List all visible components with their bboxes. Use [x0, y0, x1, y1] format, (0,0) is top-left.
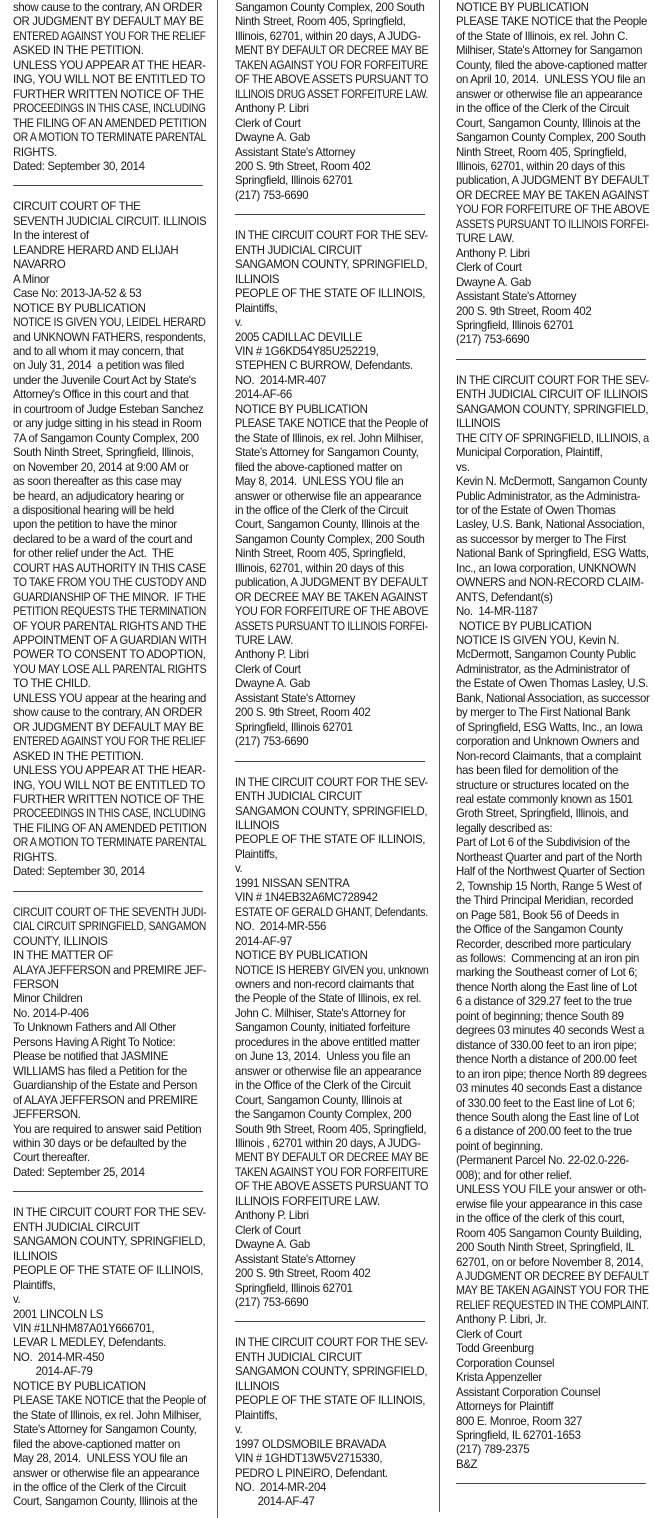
- notice-text-line: of ALAYA JEFFERSON and PREMIRE: [13, 1094, 206, 1108]
- notice-text-line: Illinois, 62701, within 20 days of this: [456, 160, 649, 174]
- notice-text-line: IN THE CIRCUIT COURT FOR THE SEV-: [235, 229, 420, 243]
- notice-text-line: APPOINTMENT OF A GUARDIAN WITH: [13, 634, 203, 648]
- notice-text-line: Court thereafter.: [13, 1151, 206, 1165]
- notice-text-line: OR JUDGMENT BY DEFAULT MAY BE: [13, 15, 206, 29]
- column-1: show cause to the contrary, AN ORDEROR J…: [13, 1, 209, 1510]
- notice-text-line: Anthony P. Libri: [456, 247, 649, 261]
- notice-text-line: NO. 2014-MR-556: [235, 920, 428, 934]
- notice-text-line: Springfield, Illinois 62701: [235, 1282, 428, 1296]
- notice-text-line: Northeast Quarter and part of the North: [456, 851, 649, 865]
- notice-text-line: ILLINOIS: [235, 273, 428, 287]
- notice-text-line: LEANDRE HERARD AND ELIJAH: [13, 244, 206, 258]
- notice-text-line: PEOPLE OF THE STATE OF ILLINOIS,: [235, 1394, 428, 1408]
- notice-text-line: PEDRO L PINEIRO, Defendant.: [235, 1467, 428, 1481]
- notice-text-line: MENT BY DEFAULT OR DECREE MAY BE: [235, 44, 413, 58]
- notice-text-line: NOTICE IS GIVEN YOU, Kevin N.: [456, 634, 649, 648]
- notice-text-line: Administrator, as the Administrator of: [456, 663, 649, 677]
- notice-text-line: Lasley, U.S. Bank, National Association,: [456, 518, 649, 532]
- notice-text-line: Dated: September 30, 2014: [13, 865, 206, 879]
- notice-text-line: FERSON: [13, 978, 206, 992]
- notice-text-line: Assistant State's Attorney: [235, 1253, 428, 1267]
- notice-text-line: MAY BE TAKEN AGAINST YOU FOR THE: [456, 1284, 638, 1298]
- notice-text-line: VIN # 1N4EB32A6MC728942: [235, 891, 428, 905]
- notice-text-line: SEVENTH JUDICIAL CIRCUIT. ILLINOIS: [13, 215, 202, 229]
- notice-separator: [13, 185, 203, 186]
- notice-text-line: Court, Sangamon County, Illinois at the: [13, 1495, 206, 1509]
- notice-text-line: ANTS, Defendant(s): [456, 591, 649, 605]
- notice-text-line: YOU FOR FORFEITURE OF THE ABOVE: [235, 605, 418, 619]
- notice-text-line: under the Juvenile Court Act by State's: [13, 374, 206, 388]
- legal-notice: CIRCUIT COURT OF THE SEVENTH JUDI-CIAL C…: [13, 906, 209, 1181]
- notice-text-line: (217) 753-6690: [456, 333, 649, 347]
- notice-separator: [235, 214, 425, 215]
- notice-text-line: THE FILING OF AN AMENDED PETITION: [13, 117, 196, 131]
- notice-text-line: NOTICE IS GIVEN YOU, LEIDEL HERARD: [13, 316, 191, 330]
- notice-text-line: on November 20, 2014 at 9:00 AM or: [13, 461, 206, 475]
- notice-text-line: 1997 OLDSMOBILE BRAVADA: [235, 1438, 428, 1452]
- notice-text-line: marking the Southeast corner of Lot 6;: [456, 966, 649, 980]
- column-divider-1: [217, 0, 218, 1518]
- notice-text-line: Non-record Claimants, that a complaint: [456, 750, 649, 764]
- notice-text-line: VIN # 1GHDT13W5V2715330,: [235, 1452, 428, 1466]
- notice-text-line: 7A of Sangamon County Complex, 200: [13, 432, 206, 446]
- notice-text-line: 6 a distance of 329.27 feet to the true: [456, 995, 649, 1009]
- notice-text-line: Plaintiffs,: [13, 1279, 206, 1293]
- notice-text-line: Clerk of Court: [235, 663, 428, 677]
- notice-text-line: (217) 753-6690: [235, 735, 428, 749]
- notice-text-line: upon the petition to have the minor: [13, 518, 206, 532]
- notice-text-line: THE CITY OF SPRINGFIELD, ILLINOIS, a: [456, 432, 639, 446]
- notice-text-line: LEVAR L MEDLEY, Defendants.: [13, 1336, 206, 1350]
- notice-text-line: Dwayne A. Gab: [235, 131, 428, 145]
- notice-text-line: Court, Sangamon County, Illinois at: [235, 1094, 428, 1108]
- notice-text-line: 6 a distance of 200.00 feet to the true: [456, 1125, 649, 1139]
- notice-text-line: Plaintiffs,: [235, 848, 428, 862]
- notice-text-line: Half of the Northwest Quarter of Section: [456, 865, 649, 879]
- notice-text-line: ASKED IN THE PETITION.: [13, 44, 206, 58]
- notice-text-line: publication, A JUDGMENT BY DEFAULT: [235, 576, 427, 590]
- notice-text-line: Sangamon County Complex, 200 South: [456, 131, 649, 145]
- notice-text-line: TURE LAW.: [456, 232, 649, 246]
- notice-text-line: as follows: Commencing at an iron pin: [456, 952, 649, 966]
- notice-text-line: State's Attorney for Sangamon County,: [13, 1423, 206, 1437]
- notice-text-line: Minor Children: [13, 992, 206, 1006]
- notice-text-line: In the interest of: [13, 229, 206, 243]
- notice-text-line: declared to be a ward of the court and: [13, 533, 206, 547]
- notice-text-line: 800 E. Monroe, Room 327: [456, 1415, 649, 1429]
- notice-text-line: ASSETS PURSUANT TO ILLINOIS FORFEI-: [235, 620, 407, 634]
- notice-text-line: Room 405 Sangamon County Building,: [456, 1227, 649, 1241]
- notice-text-line: in the office of the Clerk of the Circui…: [235, 504, 428, 518]
- column-3: NOTICE BY PUBLICATIONPLEASE TAKE NOTICE …: [456, 1, 652, 1498]
- notice-text-line: To Unknown Fathers and All Other: [13, 1021, 206, 1035]
- notice-text-line: as successor by merger to The First: [456, 533, 649, 547]
- notice-text-line: B&Z: [456, 1458, 649, 1472]
- legal-notice: CIRCUIT COURT OF THESEVENTH JUDICIAL CIR…: [13, 200, 209, 879]
- notice-text-line: Anthony P. Libri: [235, 648, 428, 662]
- notice-text-line: You are required to answer said Petition: [13, 1123, 206, 1137]
- notice-text-line: A JUDGMENT OR DECREE BY DEFAULT: [456, 1270, 637, 1284]
- notice-text-line: thence North along the East line of Lot: [456, 981, 649, 995]
- notice-text-line: RIGHTS.: [13, 851, 206, 865]
- notice-text-line: Clerk of Court: [235, 1224, 428, 1238]
- notice-text-line: UNLESS YOU FILE your answer or oth-: [456, 1183, 649, 1197]
- notice-text-line: 2014-AF-79: [13, 1365, 206, 1379]
- notice-text-line: Plaintiffs,: [235, 1409, 428, 1423]
- notice-text-line: Bank, National Association, as successor: [456, 692, 648, 706]
- notice-text-line: CIRCUIT COURT OF THE SEVENTH JUDI-: [13, 906, 189, 920]
- notice-text-line: OWNERS and NON-RECORD CLAIM-: [456, 576, 649, 590]
- notice-text-line: of 330.00 feet to the East line of Lot 6…: [456, 1097, 649, 1111]
- notice-text-line: answer or otherwise file an appearance: [235, 1065, 428, 1079]
- notice-text-line: on Page 581, Book 56 of Deeds in: [456, 909, 649, 923]
- notice-separator: [235, 761, 425, 762]
- notice-text-line: within 30 days or be defaulted by the: [13, 1137, 206, 1151]
- notice-text-line: of the State of Illinois, ex rel. John C…: [456, 30, 649, 44]
- notice-text-line: show cause to the contrary, AN ORDER: [13, 706, 206, 720]
- legal-notice: NOTICE BY PUBLICATIONPLEASE TAKE NOTICE …: [456, 1, 652, 348]
- notice-text-line: the Office of the Sangamon County: [456, 923, 649, 937]
- notice-text-line: UNLESS YOU APPEAR AT THE HEAR-: [13, 764, 206, 778]
- notice-text-line: SANGAMON COUNTY, SPRINGFIELD,: [456, 403, 649, 417]
- notice-text-line: Sangamon County Complex, 200 South: [235, 1, 428, 15]
- notice-text-line: ILLINOIS: [456, 417, 649, 431]
- legal-notice: IN THE CIRCUIT COURT FOR THE SEV-ENTH JU…: [235, 229, 431, 749]
- notice-text-line: distance of 330.00 feet to an iron pipe;: [456, 1039, 649, 1053]
- notice-text-line: the People of the State of Illinois, ex …: [235, 992, 428, 1006]
- legal-notice: Sangamon County Complex, 200 SouthNinth …: [235, 1, 431, 203]
- notice-text-line: IN THE CIRCUIT COURT FOR THE SEV-: [235, 1336, 420, 1350]
- legal-notice: IN THE CIRCUIT COURT FOR THE SEV-ENTH JU…: [235, 1336, 431, 1509]
- notice-text-line: No. 2014-P-406: [13, 1007, 206, 1021]
- notice-text-line: Springfield, IL 62701-1653: [456, 1429, 649, 1443]
- notice-text-line: NOTICE BY PUBLICATION: [456, 1, 649, 15]
- notice-text-line: GUARDIANSHIP OF THE MINOR. IF THE: [13, 591, 193, 605]
- notice-text-line: Ninth Street, Room 405, Springfield,: [235, 547, 428, 561]
- notice-text-line: or any judge sitting in his stead in Roo…: [13, 417, 206, 431]
- notice-text-line: Court, Sangamon County, Illinois at the: [235, 518, 428, 532]
- notice-text-line: 200 S. 9th Street, Room 402: [456, 305, 649, 319]
- notice-text-line: VIN # 1G6KD54Y85U252219,: [235, 345, 428, 359]
- notice-text-line: NOTICE BY PUBLICATION: [13, 302, 206, 316]
- notice-text-line: A Minor: [13, 273, 206, 287]
- notice-text-line: ENTH JUDICIAL CIRCUIT OF ILLINOIS: [456, 388, 649, 402]
- notice-text-line: the State of Illinois, ex rel. John Milh…: [235, 432, 428, 446]
- notice-text-line: for other relief under the Act. THE: [13, 547, 206, 561]
- notice-text-line: SANGAMON COUNTY, SPRINGFIELD,: [13, 1235, 206, 1249]
- notice-text-line: procedures in the above entitled matter: [235, 1036, 428, 1050]
- notice-text-line: STEPHEN C BURROW, Defendants.: [235, 359, 428, 373]
- notice-text-line: IN THE CIRCUIT COURT FOR THE SEV-: [235, 776, 420, 790]
- notice-text-line: 200 South Ninth Street, Springfield, IL: [456, 1241, 649, 1255]
- notice-text-line: ILLINOIS: [235, 1380, 428, 1394]
- notice-text-line: the Third Principal Meridian, recorded: [456, 894, 649, 908]
- notice-text-line: COUNTY, ILLINOIS: [13, 935, 206, 949]
- notice-text-line: ILLINOIS: [13, 1250, 206, 1264]
- notice-text-line: ENTH JUDICIAL CIRCUIT: [235, 790, 428, 804]
- notice-text-line: RIGHTS.: [13, 146, 206, 160]
- notice-text-line: SANGAMON COUNTY, SPRINGFIELD,: [235, 1365, 428, 1379]
- notice-text-line: thence North a distance of 200.00 feet: [456, 1053, 649, 1067]
- notice-text-line: structure or structures located on the: [456, 779, 649, 793]
- notice-text-line: Krista Appenzeller: [456, 1371, 649, 1385]
- notice-text-line: filed the above-captioned matter on: [13, 1438, 206, 1452]
- notice-text-line: OF THE ABOVE ASSETS PURSUANT TO: [235, 73, 417, 87]
- notice-text-line: Springfield, Illinois 62701: [235, 174, 428, 188]
- notice-text-line: (217) 789-2375: [456, 1443, 649, 1457]
- notice-text-line: NOTICE BY PUBLICATION: [235, 403, 428, 417]
- notice-text-line: PLEASE TAKE NOTICE that the People of: [13, 1394, 197, 1408]
- notice-text-line: IN THE CIRCUIT COURT FOR THE SEV-: [456, 374, 641, 388]
- notice-text-line: South 9th Street, Room 405, Springfield,: [235, 1123, 428, 1137]
- notice-text-line: the Sangamon County Complex, 200: [235, 1108, 428, 1122]
- notice-text-line: 2005 CADILLAC DEVILLE: [235, 331, 428, 345]
- notice-text-line: NOTICE BY PUBLICATION: [235, 949, 428, 963]
- notice-text-line: 008); and for other relief.: [456, 1169, 649, 1183]
- notice-text-line: and to all whom it may concern, that: [13, 345, 206, 359]
- legal-notice: show cause to the contrary, AN ORDEROR J…: [13, 1, 209, 174]
- legal-notice: IN THE CIRCUIT COURT FOR THE SEV-ENTH JU…: [13, 1206, 209, 1510]
- notice-text-line: in the Office of the Clerk of the Circui…: [235, 1079, 428, 1093]
- notice-text-line: Please be notified that JASMINE: [13, 1050, 206, 1064]
- notice-text-line: NO. 2014-MR-204: [235, 1481, 428, 1495]
- legal-notices-page: show cause to the contrary, AN ORDEROR J…: [0, 0, 655, 1518]
- notice-text-line: Persons Having A Right To Notice:: [13, 1036, 206, 1050]
- notice-text-line: ING, YOU WILL NOT BE ENTITLED TO: [13, 779, 206, 793]
- notice-text-line: PEOPLE OF THE STATE OF ILLINOIS,: [13, 1264, 206, 1278]
- notice-text-line: on June 13, 2014. Unless you file an: [235, 1050, 428, 1064]
- notice-text-line: Anthony P. Libri, Jr.: [456, 1313, 649, 1327]
- notice-text-line: Dated: September 25, 2014: [13, 1166, 206, 1180]
- notice-text-line: a dispositional hearing will be held: [13, 504, 206, 518]
- notice-text-line: Plaintiffs,: [235, 302, 428, 316]
- notice-text-line: ASSETS PURSUANT TO ILLINOIS FORFEI-: [456, 218, 628, 232]
- notice-text-line: Dwayne A. Gab: [456, 276, 649, 290]
- notice-text-line: Attorneys for Plaintiff: [456, 1400, 649, 1414]
- notice-text-line: Assistant State's Attorney: [235, 692, 428, 706]
- notice-text-line: real estate commonly known as 1501: [456, 793, 649, 807]
- notice-text-line: No. 14-MR-1187: [456, 605, 649, 619]
- notice-text-line: ILLINOIS DRUG ASSET FORFEITURE LAW.: [235, 88, 406, 102]
- notice-text-line: erwise file your appearance in this case: [456, 1198, 649, 1212]
- notice-text-line: ASKED IN THE PETITION.: [13, 750, 206, 764]
- notice-text-line: TAKEN AGAINST YOU FOR FORFEITURE: [235, 1166, 413, 1180]
- notice-text-line: v.: [235, 862, 428, 876]
- notice-text-line: (217) 753-6690: [235, 189, 428, 203]
- notice-text-line: in the office of the clerk of this court…: [456, 1212, 649, 1226]
- notice-text-line: 03 minutes 40 seconds East a distance: [456, 1082, 649, 1096]
- notice-text-line: ALAYA JEFFERSON and PREMIRE JEF-: [13, 964, 200, 978]
- notice-text-line: OF YOUR PARENTAL RIGHTS AND THE: [13, 620, 198, 634]
- notice-text-line: v.: [235, 1423, 428, 1437]
- notice-text-line: NO. 2014-MR-450: [13, 1351, 206, 1365]
- notice-text-line: Recorder, described more particulary: [456, 938, 649, 952]
- notice-text-line: 200 S. 9th Street, Room 402: [235, 1267, 428, 1281]
- notice-text-line: Illinois , 62701 within 20 days, A JUDG-: [235, 1137, 428, 1151]
- notice-text-line: PROCEEDINGS IN THIS CASE, INCLUDING: [13, 102, 183, 116]
- notice-text-line: Ninth Street, Room 405, Springfield,: [456, 146, 649, 160]
- notice-text-line: ENTERED AGAINST YOU FOR THE RELIEF: [13, 735, 183, 749]
- notice-text-line: (217) 753-6690: [235, 1296, 428, 1310]
- notice-text-line: Part of Lot 6 of the Subdivision of the: [456, 836, 649, 850]
- notice-text-line: the State of Illinois, ex rel. John Milh…: [13, 1409, 206, 1423]
- notice-text-line: NOTICE BY PUBLICATION: [13, 1380, 206, 1394]
- notice-text-line: PETITION REQUESTS THE TERMINATION: [13, 605, 187, 619]
- notice-text-line: OF THE ABOVE ASSETS PURSUANT TO: [235, 1180, 417, 1194]
- notice-text-line: UNLESS YOU APPEAR AT THE HEAR-: [13, 59, 206, 73]
- notice-text-line: Municipal Corporation, Plaintiff,: [456, 446, 649, 460]
- notice-text-line: Anthony P. Libri: [235, 102, 428, 116]
- notice-text-line: CIRCUIT COURT OF THE: [13, 200, 206, 214]
- notice-text-line: ENTH JUDICIAL CIRCUIT: [13, 1221, 206, 1235]
- notice-text-line: OR A MOTION TO TERMINATE PARENTAL: [13, 131, 188, 145]
- notice-text-line: Inc., an Iowa corporation, UNKNOWN: [456, 562, 649, 576]
- notice-text-line: State's Attorney for Sangamon County,: [235, 446, 428, 460]
- notice-text-line: South Ninth Street, Springfield, Illinoi…: [13, 446, 206, 460]
- notice-text-line: John C. Milhiser, State's Attorney for: [235, 1007, 428, 1021]
- notice-text-line: Corporation Counsel: [456, 1357, 649, 1371]
- notice-text-line: COURT HAS AUTHORITY IN THIS CASE: [13, 562, 197, 576]
- notice-separator: [13, 1191, 203, 1192]
- notice-text-line: 2014-AF-47: [235, 1495, 428, 1509]
- notice-text-line: be heard, an adjudicatory hearing or: [13, 490, 206, 504]
- notice-text-line: SANGAMON COUNTY, SPRINGFIELD,: [235, 258, 428, 272]
- notice-text-line: Dwayne A. Gab: [235, 1238, 428, 1252]
- notice-text-line: National Bank of Springfield, ESG Watts,: [456, 547, 649, 561]
- notice-text-line: (Permanent Parcel No. 22-02.0-226-: [456, 1154, 649, 1168]
- notice-text-line: in the office of the Clerk of the Circui…: [13, 1481, 206, 1495]
- notice-text-line: Todd Greenburg: [456, 1342, 649, 1356]
- notice-text-line: ING, YOU WILL NOT BE ENTITLED TO: [13, 73, 206, 87]
- notice-text-line: PROCEEDINGS IN THIS CASE, INCLUDING: [13, 807, 183, 821]
- notice-text-line: 2014-AF-97: [235, 935, 428, 949]
- notice-text-line: on July 31, 2014 a petition was filed: [13, 359, 206, 373]
- notice-text-line: corporation and Unknown Owners and: [456, 735, 649, 749]
- notice-text-line: Sangamon County Complex, 200 South: [235, 533, 428, 547]
- notice-text-line: Springfield, Illinois 62701: [235, 721, 428, 735]
- notice-text-line: OR A MOTION TO TERMINATE PARENTAL: [13, 836, 188, 850]
- notice-text-line: Ninth Street, Room 405, Springfield,: [235, 15, 428, 29]
- column-2: Sangamon County Complex, 200 SouthNinth …: [235, 1, 431, 1510]
- notice-text-line: answer or otherwise file an appearance: [235, 490, 428, 504]
- notice-text-line: THE FILING OF AN AMENDED PETITION: [13, 822, 196, 836]
- notice-text-line: YOU MAY LOSE ALL PARENTAL RIGHTS: [13, 663, 196, 677]
- notice-text-line: ILLINOIS FORFEITURE LAW.: [235, 1195, 428, 1209]
- notice-text-line: in the office of the Clerk of the Circui…: [456, 102, 649, 116]
- notice-text-line: TO THE CHILD.: [13, 677, 206, 691]
- notice-text-line: FURTHER WRITTEN NOTICE OF THE: [13, 88, 206, 102]
- notice-text-line: thence South along the East line of Lot: [456, 1111, 649, 1125]
- notice-text-line: as soon thereafter as this case may: [13, 475, 206, 489]
- notice-text-line: MENT BY DEFAULT OR DECREE MAY BE: [235, 1151, 413, 1165]
- notice-text-line: in courtroom of Judge Esteban Sanchez: [13, 403, 206, 417]
- notice-text-line: of Springfield, ESG Watts, Inc., an Iowa: [456, 721, 649, 735]
- notice-separator: [235, 1321, 425, 1322]
- notice-text-line: Anthony P. Libri: [235, 1209, 428, 1223]
- notice-text-line: Clerk of Court: [456, 261, 649, 275]
- notice-text-line: Assistant Corporation Counsel: [456, 1386, 649, 1400]
- notice-text-line: 2001 LINCOLN LS: [13, 1308, 206, 1322]
- notice-text-line: ENTH JUDICIAL CIRCUIT: [235, 1351, 428, 1365]
- notice-text-line: on April 10, 2014. UNLESS YOU file an: [456, 73, 649, 87]
- notice-text-line: ILLINOIS: [235, 819, 428, 833]
- notice-text-line: by merger to The First National Bank: [456, 706, 649, 720]
- notice-text-line: JEFFERSON.: [13, 1108, 206, 1122]
- notice-text-line: ENTH JUDICIAL CIRCUIT: [235, 244, 428, 258]
- notice-text-line: 62701, on or before November 8, 2014,: [456, 1256, 649, 1270]
- notice-text-line: WILLIAMS has filed a Petition for the: [13, 1065, 206, 1079]
- notice-text-line: v.: [235, 316, 428, 330]
- notice-text-line: 2014-AF-66: [235, 388, 428, 402]
- notice-text-line: Attorney's Office in this court and that: [13, 388, 206, 402]
- notice-text-line: FURTHER WRITTEN NOTICE OF THE: [13, 793, 206, 807]
- notice-text-line: May 28, 2014. UNLESS YOU file an: [13, 1452, 206, 1466]
- notice-text-line: Sangamon County, initiated forfeiture: [235, 1021, 428, 1035]
- notice-text-line: ESTATE OF GERALD GHANT, Defendants.: [235, 906, 413, 920]
- notice-text-line: VIN #1LNHM87A01Y666701,: [13, 1322, 206, 1336]
- notice-text-line: owners and non-record claimants that: [235, 978, 428, 992]
- notice-text-line: show cause to the contrary, AN ORDER: [13, 1, 206, 15]
- notice-text-line: PEOPLE OF THE STATE OF ILLINOIS,: [235, 833, 428, 847]
- notice-text-line: TO TAKE FROM YOU THE CUSTODY AND: [13, 576, 189, 590]
- notice-text-line: to an iron pipe; thence North 89 degrees: [456, 1068, 649, 1082]
- notice-text-line: NOTICE IS HEREBY GIVEN you, unknown: [235, 964, 415, 978]
- notice-separator: [456, 1483, 646, 1484]
- notice-text-line: PLEASE TAKE NOTICE that the People of: [235, 417, 419, 431]
- notice-text-line: answer or otherwise file an appearance: [456, 88, 649, 102]
- notice-text-line: Assistant State's Attorney: [456, 290, 649, 304]
- notice-text-line: McDermott, Sangamon County Public: [456, 648, 649, 662]
- notice-text-line: Illinois, 62701, within 20 days of this: [235, 562, 428, 576]
- notice-text-line: Springfield, Illinois 62701: [456, 319, 649, 333]
- notice-text-line: TURE LAW.: [235, 634, 428, 648]
- notice-text-line: IN THE CIRCUIT COURT FOR THE SEV-: [13, 1206, 198, 1220]
- notice-text-line: POWER TO CONSENT TO ADOPTION,: [13, 648, 204, 662]
- notice-text-line: PLEASE TAKE NOTICE that the People: [456, 15, 649, 29]
- notice-text-line: PEOPLE OF THE STATE OF ILLINOIS,: [235, 287, 428, 301]
- notice-text-line: the Estate of Owen Thomas Lasley, U.S.: [456, 677, 649, 691]
- notice-text-line: has been filed for demolition of the: [456, 764, 649, 778]
- notice-text-line: May 8, 2014. UNLESS YOU file an: [235, 475, 428, 489]
- notice-text-line: Case No: 2013-JA-52 & 53: [13, 287, 206, 301]
- notice-text-line: vs.: [456, 461, 649, 475]
- notice-text-line: Public Administrator, as the Administra-: [456, 490, 649, 504]
- notice-text-line: RELIEF REQUESTED IN THE COMPLAINT.: [456, 1299, 629, 1313]
- notice-text-line: answer or otherwise file an appearance: [13, 1467, 206, 1481]
- notice-text-line: tor of the Estate of Owen Thomas: [456, 504, 649, 518]
- notice-text-line: point of beginning.: [456, 1140, 649, 1154]
- notice-text-line: 200 S. 9th Street, Room 402: [235, 706, 428, 720]
- notice-text-line: OR JUDGMENT BY DEFAULT MAY BE: [13, 721, 206, 735]
- legal-notice: IN THE CIRCUIT COURT FOR THE SEV-ENTH JU…: [235, 776, 431, 1311]
- notice-text-line: Groth Street, Springfield, Illinois, and: [456, 807, 649, 821]
- notice-text-line: 200 S. 9th Street, Room 402: [235, 160, 428, 174]
- column-divider-2: [439, 0, 440, 1512]
- notice-text-line: Kevin N. McDermott, Sangamon County: [456, 475, 649, 489]
- notice-text-line: NAVARRO: [13, 258, 206, 272]
- legal-notice: IN THE CIRCUIT COURT FOR THE SEV-ENTH JU…: [456, 374, 652, 1472]
- notice-text-line: Court, Sangamon County, Illinois at the: [456, 117, 649, 131]
- notice-text-line: County, filed the above-captioned matter: [456, 59, 649, 73]
- notice-text-line: legally described as:: [456, 822, 649, 836]
- notice-separator: [13, 891, 203, 892]
- notice-text-line: 2, Township 15 North, Range 5 West of: [456, 880, 649, 894]
- notice-text-line: point of beginning; thence South 89: [456, 1010, 649, 1024]
- notice-text-line: filed the above-captioned matter on: [235, 461, 428, 475]
- notice-text-line: ENTERED AGAINST YOU FOR THE RELIEF: [13, 30, 183, 44]
- notice-text-line: Illinois, 62701, within 20 days, A JUDG-: [235, 30, 428, 44]
- notice-text-line: Clerk of Court: [235, 117, 428, 131]
